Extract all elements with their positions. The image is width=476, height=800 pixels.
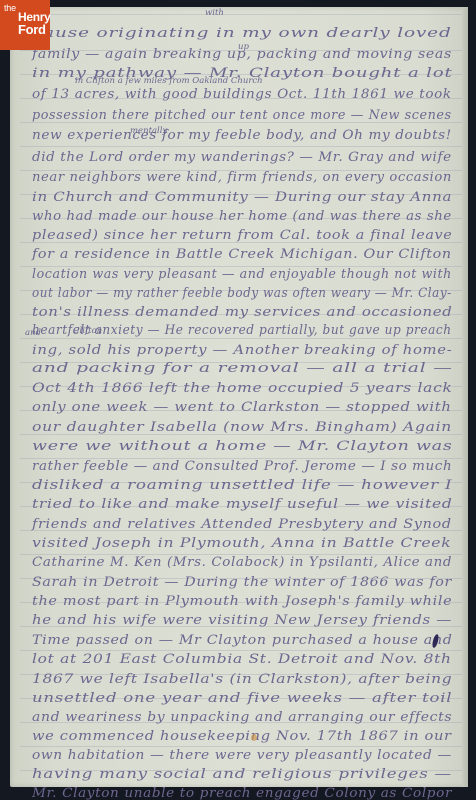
handwritten-line: of 13 acres, with good buildings Oct. 11… [32,87,452,102]
handwritten-line: near neighbors were kind, firm friends, … [32,170,452,185]
handwritten-line: disliked a roaming unsettled life — howe… [32,478,452,493]
viewer-frame: the Henry Ford cause originating in my o… [0,0,476,800]
handwritten-line: new experiences for my feeble body, and … [32,128,452,143]
handwritten-line: own habitation — there were very pleasan… [32,748,452,763]
interlinear-note: with [205,8,224,18]
handwritten-line: lot at 201 East Columbia St. Detroit and… [32,652,452,667]
handwritten-line: visited Joseph in Plymouth, Anna in Batt… [32,536,451,551]
interlinear-note: Clifton [73,326,102,336]
handwritten-line: only one week — went to Clarkston — stop… [32,400,452,415]
handwritten-line: for a residence in Battle Creek Michigan… [32,247,452,262]
the-henry-ford-logo[interactable]: the Henry Ford [0,0,50,50]
handwritten-line: Sarah in Detroit — During the winter of … [32,575,452,590]
paper-stain [251,734,257,741]
interlinear-note: mentally [130,126,167,136]
handwritten-line: and weariness by unpacking and arranging… [32,710,452,725]
handwritten-line: Catharine M. Ken (Mrs. Colabock) in Ypsi… [32,555,452,570]
handwritten-line: possession there pitched our tent once m… [32,108,452,123]
handwritten-line: pleased) since her return from Cal. took… [32,228,452,243]
handwritten-line: he and his wife were visiting New Jersey… [32,613,452,628]
handwritten-line: ing, sold his property — Another breakin… [32,343,452,358]
ruled-lines [20,7,468,787]
handwritten-line: Mr. Clayton unable to preach engaged Col… [32,786,452,800]
page-edge [462,7,468,787]
interlinear-note: in Clifton a few miles from Oakland Chur… [75,76,263,86]
handwritten-line: friends and relatives Attended Presbyter… [32,517,452,532]
handwritten-line: were we without a home — Mr. Clayton was [32,439,453,454]
handwritten-line: unsettled one year and five weeks — afte… [32,691,452,706]
interlinear-note: and [25,328,41,338]
handwritten-line: our daughter Isabella (now Mrs. Bingham)… [32,420,452,435]
handwritten-line: and packing for a removal — all a trial … [32,361,453,376]
handwritten-line: location was very pleasant — and enjoyab… [32,267,452,282]
handwritten-line: ton's illness demanded my services and o… [32,305,453,320]
logo-ford: Ford [18,23,50,36]
handwritten-line: cause originating in my own dearly loved [32,26,452,41]
handwritten-line: rather feeble — and Consulted Prof. Jero… [32,459,452,474]
handwritten-line: we commenced housekeeping Nov. 17th 1867… [32,729,452,744]
handwritten-line: having many social and religious privile… [32,767,452,782]
handwritten-line: Time passed on — Mr Clayton purchased a … [32,633,453,648]
handwritten-line: did the Lord order my wanderings? — Mr. … [32,150,452,165]
handwritten-line: 1867 we left Isabella's (in Clarkston), … [32,672,452,687]
handwritten-line: who had made our house her home (and was… [32,209,452,224]
interlinear-note: up [238,42,249,52]
handwritten-line: tried to like and make myself useful — w… [32,497,452,512]
handwritten-line: the most part in Plymouth with Joseph's … [32,594,452,609]
handwritten-line: in Church and Community — During our sta… [32,190,452,205]
handwritten-line: Oct 4th 1866 left the home occupied 5 ye… [32,381,453,396]
manuscript-page: cause originating in my own dearly loved… [10,7,468,787]
handwritten-line: out labor — my rather feeble body was of… [32,286,452,301]
